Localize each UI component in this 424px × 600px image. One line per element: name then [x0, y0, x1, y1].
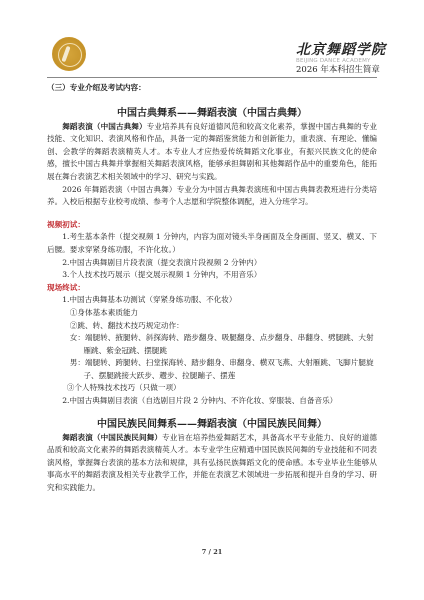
video-item-3: 3.个人技术技巧展示（提交展示视频 1 分钟内，不用音乐） [47, 269, 377, 282]
brochure-title: 2026 年本科招生简章 [296, 65, 386, 76]
video-item-2: 2.中国古典舞剧目片段表演（提交表演片段视频 2 分钟内） [47, 257, 377, 270]
page-number: 7 / 21 [0, 548, 424, 556]
academy-logo-icon [52, 37, 86, 71]
onsite-item-1: 1.中国古典舞基本功测试（穿紧身练功服、不化妆） [47, 294, 377, 307]
male-moves: 男：端腿转、跨腿转、扫堂探海转、踏步翻身、串翻身、横双飞燕、大射雁跳、飞脚片腿旋… [47, 357, 377, 382]
dept1-intro-bold: 舞蹈表演（中国古典舞） [62, 122, 146, 131]
brand-block: 北京舞蹈学院 BEIJING DANCE ACADEMY 2026 年本科招生简… [296, 42, 386, 76]
dept2-intro: 舞蹈表演（中国民族民间舞）专业旨在培养热爱舞蹈艺术，具备高水平专业能力、良好的道… [47, 432, 377, 495]
onsite-sub-3: ③个人特殊技术技巧（只做一项） [47, 382, 377, 395]
section-label: （三）专业介绍及考试内容： [47, 82, 377, 95]
dept2-title: 中国民族民间舞系——舞蹈表演（中国民族民间舞） [47, 418, 377, 431]
page-header: 北京舞蹈学院 BEIJING DANCE ACADEMY 2026 年本科招生简… [0, 0, 424, 80]
dept1-intro: 舞蹈表演（中国古典舞）专业培养具有良好道德风范和较高文化素养，掌握中国古典舞的专… [47, 121, 377, 184]
video-item-1: 1.考生基本条件（提交视频 1 分钟内，内容为面对镜头半身画面及全身画面、竖叉、… [47, 231, 377, 256]
dept1-title: 中国古典舞系——舞蹈表演（中国古典舞） [47, 107, 377, 120]
brand-name-cn: 北京舞蹈学院 [296, 42, 386, 58]
header-divider [47, 77, 377, 78]
onsite-sub-2: ②跳、转、翻技术技巧规定动作： [47, 320, 377, 333]
female-moves: 女：端腿转、掖腿转、斜探海转、踏步翻身、吸腿翻身、点步翻身、串翻身、劈腿跳、大射… [47, 332, 377, 357]
video-round-label: 视频初试： [47, 219, 377, 232]
onsite-round-label: 现场终试： [47, 282, 377, 295]
dept1-para2: 2026 年舞蹈表演（中国古典舞）专业分为中国古典舞表演班和中国古典舞表教班进行… [47, 184, 377, 209]
page-body: （三）专业介绍及考试内容： 中国古典舞系——舞蹈表演（中国古典舞） 舞蹈表演（中… [47, 82, 377, 495]
onsite-sub-1: ①身体基本素质能力 [47, 307, 377, 320]
brand-name-en: BEIJING DANCE ACADEMY [296, 58, 386, 65]
onsite-item-2: 2.中国古典舞剧目表演（自选剧目片段 2 分钟内、不许化妆、穿服装、自备音乐） [47, 395, 377, 408]
dept2-intro-bold: 舞蹈表演（中国民族民间舞） [62, 433, 162, 442]
